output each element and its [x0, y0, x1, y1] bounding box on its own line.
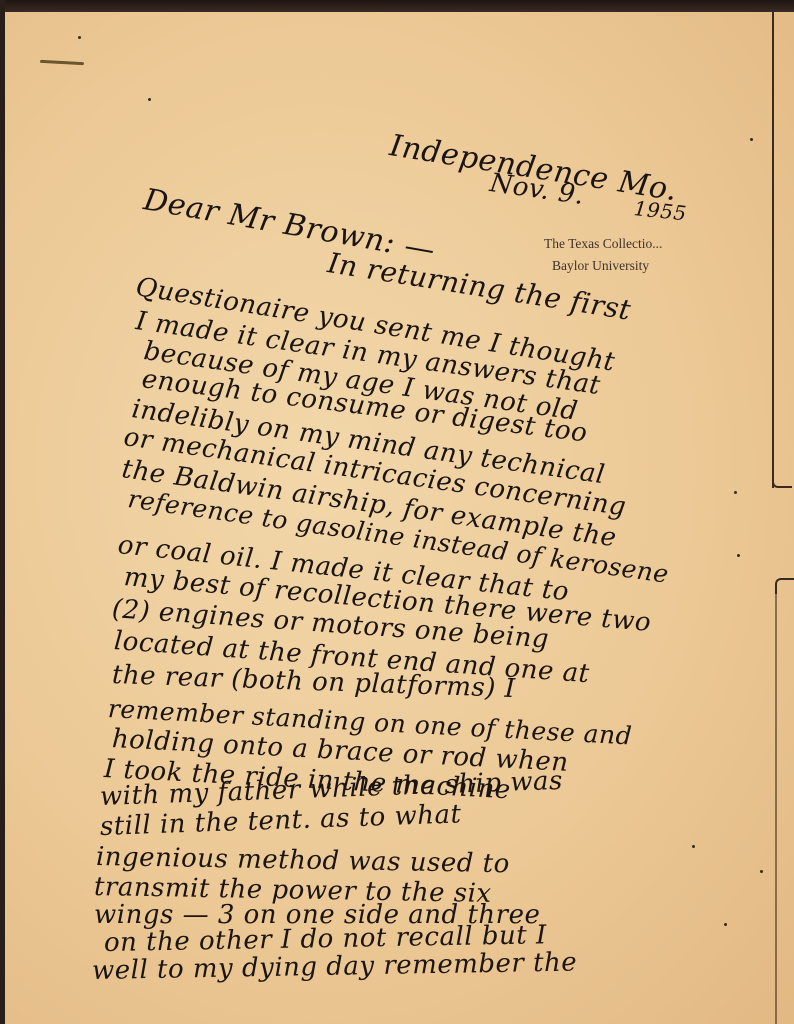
page-edge-line-upper: [772, 10, 774, 488]
paper-speck: [692, 845, 695, 848]
paper-speck: [78, 36, 81, 39]
paper-speck: [760, 870, 763, 873]
archive-stamp-line2: Baylor University: [552, 258, 649, 274]
archive-stamp-line1: The Texas Collectio...: [544, 236, 662, 252]
tab-notch-upper: [772, 472, 792, 488]
tab-notch-lower: [775, 578, 794, 594]
paper-speck: [148, 98, 151, 101]
letter-page: Independence Mo. Nov. 9. 1955 Dear Mr Br…: [4, 10, 794, 1024]
paper-speck: [724, 923, 727, 926]
paper-speck: [737, 554, 740, 557]
paper-speck: [750, 138, 753, 141]
scan-left-shadow: [0, 0, 5, 1024]
letter-year: 1955: [633, 196, 688, 225]
scan-top-shadow: [0, 0, 794, 12]
page-edge-line-lower: [775, 590, 777, 1024]
paper-speck: [734, 491, 737, 494]
staple-mark: [40, 60, 84, 65]
